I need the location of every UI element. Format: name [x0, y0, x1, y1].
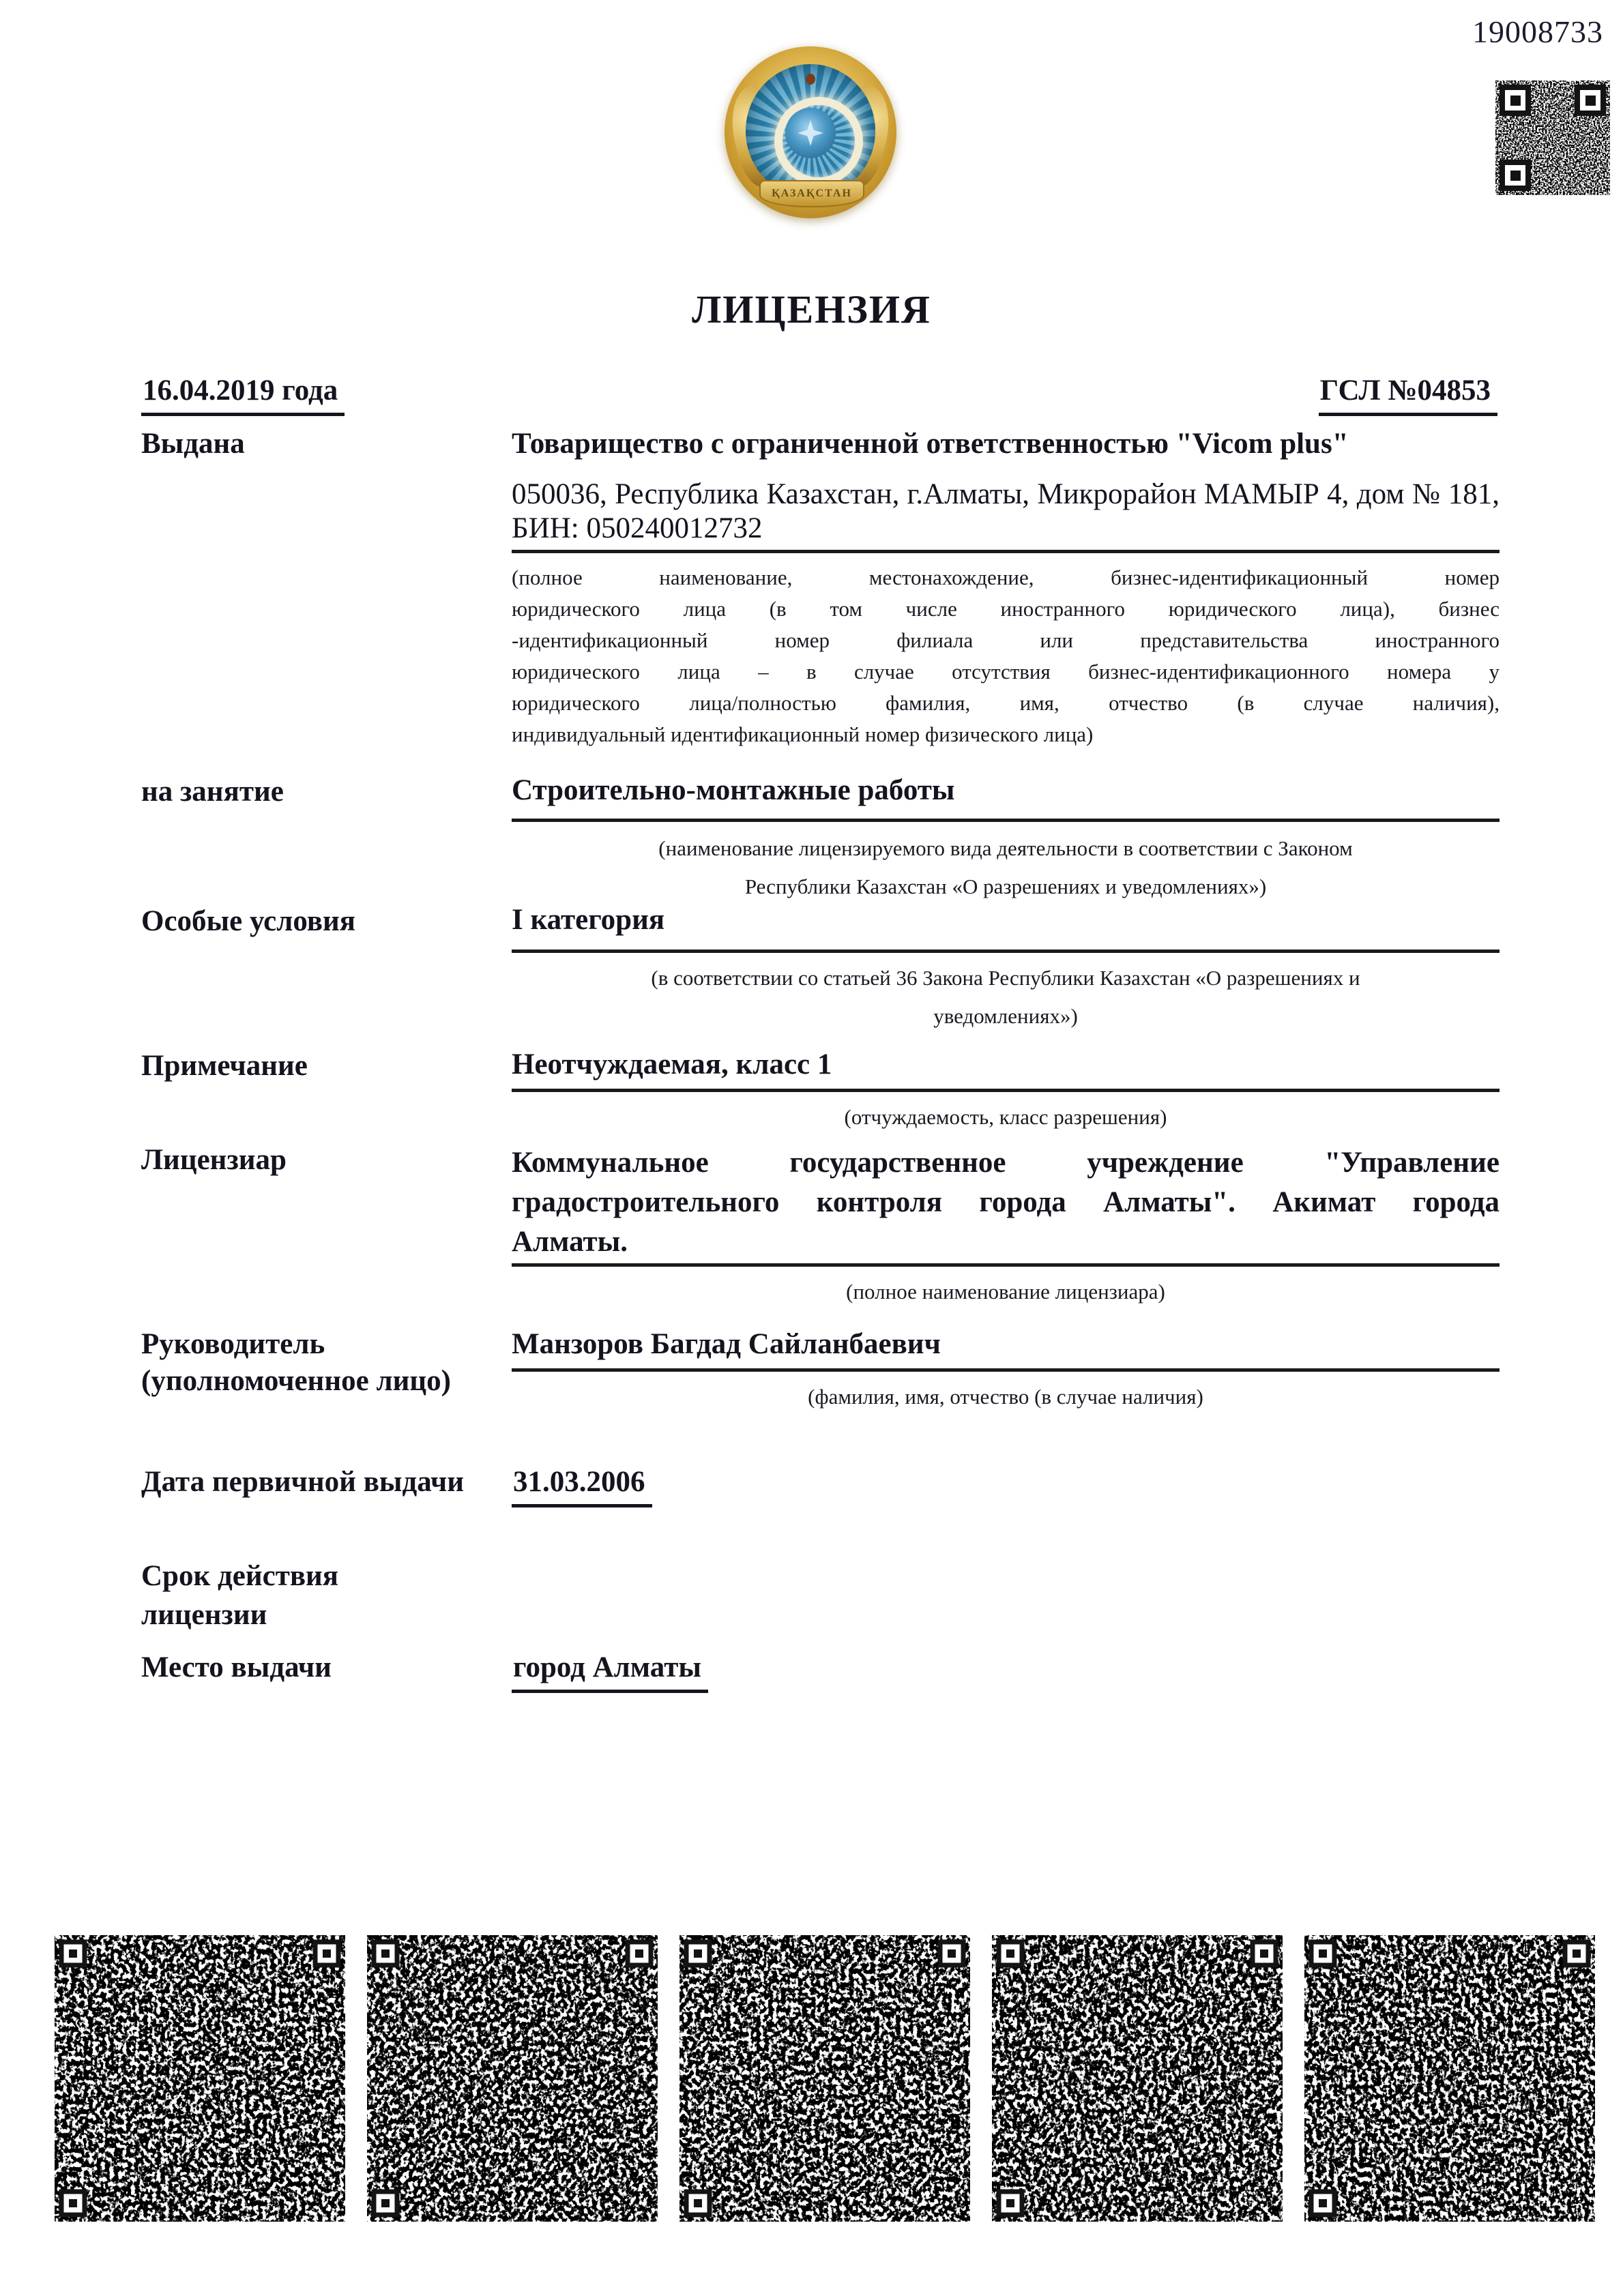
field-rule — [512, 819, 1500, 822]
field-label-activity: на занятие — [141, 775, 284, 808]
field-rule — [512, 1368, 1500, 1372]
digital-stamp-1 — [55, 1935, 345, 2222]
field-label-licensor: Лицензиар — [141, 1143, 287, 1177]
caption-line: индивидуальный идентификационный номер ф… — [512, 719, 1500, 750]
digital-stamp-4 — [992, 1935, 1283, 2222]
license-document: 19008733 ҚАЗАҚСТАН ЛИЦЕНЗИЯ 16.04.2019 г — [0, 0, 1623, 2296]
caption-line: юридического лица/полностью фамилия, имя… — [512, 688, 1500, 719]
field-rule — [512, 1263, 1500, 1267]
caption-line: (полное наименование лицензиара) — [512, 1273, 1500, 1311]
caption-line: -идентификационный номер филиала или пре… — [512, 625, 1500, 656]
digital-stamp-5 — [1304, 1935, 1595, 2222]
qr-code-icon — [1495, 80, 1610, 195]
field-rule — [512, 950, 1500, 953]
document-title: ЛИЦЕНЗИЯ — [0, 286, 1623, 332]
activity-caption: (наименование лицензируемого вида деятел… — [512, 829, 1500, 906]
document-serial-number: 19008733 — [1472, 14, 1609, 50]
licensor-line: градостроительного контроля города Алмат… — [512, 1183, 1500, 1222]
license-number: ГСЛ №04853 — [1319, 374, 1497, 416]
field-value-special-conditions: I категория — [512, 903, 664, 937]
caption-line: уведомлениях») — [512, 997, 1500, 1035]
issued-to-address: 050036, Республика Казахстан, г.Алматы, … — [512, 477, 1500, 546]
note-caption: (отчуждаемость, класс разрешения) — [512, 1098, 1500, 1136]
digital-stamp-noise — [1304, 1935, 1595, 2222]
digital-stamp-2 — [367, 1935, 658, 2222]
digital-stamp-3 — [679, 1935, 970, 2222]
issue-date: 16.04.2019 года — [141, 374, 345, 416]
emblem-banner: ҚАЗАҚСТАН — [759, 180, 864, 207]
kazakhstan-emblem-icon: ҚАЗАҚСТАН — [725, 46, 896, 218]
caption-line: (полное наименование, местонахождение, б… — [512, 562, 1500, 593]
digital-stamp-noise — [367, 1935, 658, 2222]
field-value-activity: Строительно-монтажные работы — [512, 774, 954, 807]
caption-line: Республики Казахстан «О разрешениях и ув… — [512, 868, 1500, 906]
caption-line: (фамилия, имя, отчество (в случае наличи… — [512, 1378, 1500, 1416]
field-value-issued-to: Товарищество с ограниченной ответственно… — [512, 427, 1349, 460]
caption-line: юридического лица – в случае отсутствия … — [512, 656, 1500, 688]
field-label-validity-period-2: лицензии — [141, 1598, 267, 1632]
licensor-line: Алматы. — [512, 1222, 1500, 1262]
field-label-issued-to: Выдана — [141, 427, 245, 460]
special-conditions-caption: (в соответствии со статьей 36 Закона Рес… — [512, 959, 1500, 1035]
caption-line: (наименование лицензируемого вида деятел… — [512, 829, 1500, 868]
address-line: 050036, Республика Казахстан, г.Алматы, … — [512, 477, 1500, 512]
address-line: БИН: 050240012732 — [512, 512, 1500, 546]
field-label-special-conditions: Особые условия — [141, 904, 355, 938]
field-label-issue-place: Место выдачи — [141, 1651, 332, 1684]
field-label-first-issue-date: Дата первичной выдачи — [141, 1465, 464, 1499]
field-label-note: Примечание — [141, 1049, 308, 1083]
field-rule — [512, 1089, 1500, 1092]
field-value-head: Манзоров Багдад Сайланбаевич — [512, 1327, 941, 1361]
digital-stamp-noise — [992, 1935, 1283, 2222]
field-label-validity-period: Срок действия — [141, 1559, 338, 1593]
licensor-line: Коммунальное государственное учреждение … — [512, 1143, 1500, 1183]
field-value-licensor: Коммунальное государственное учреждение … — [512, 1143, 1500, 1262]
field-value-note: Неотчуждаемая, класс 1 — [512, 1048, 832, 1081]
field-value-first-issue-date: 31.03.2006 — [512, 1465, 652, 1507]
caption-line: (в соответствии со статьей 36 Закона Рес… — [512, 959, 1500, 997]
emblem-top-detail — [806, 74, 815, 85]
licensor-caption: (полное наименование лицензиара) — [512, 1273, 1500, 1311]
field-label-head: Руководитель — [141, 1327, 325, 1361]
caption-line: (отчуждаемость, класс разрешения) — [512, 1098, 1500, 1136]
head-caption: (фамилия, имя, отчество (в случае наличи… — [512, 1378, 1500, 1416]
field-rule — [512, 550, 1500, 553]
field-value-issue-place: город Алматы — [512, 1651, 708, 1693]
caption-line: юридического лица (в том числе иностранн… — [512, 593, 1500, 625]
digital-stamp-noise — [679, 1935, 970, 2222]
field-label-head-authorized: (уполномоченное лицо) — [141, 1364, 451, 1398]
issued-to-caption: (полное наименование, местонахождение, б… — [512, 562, 1500, 750]
digital-stamp-noise — [55, 1935, 345, 2222]
